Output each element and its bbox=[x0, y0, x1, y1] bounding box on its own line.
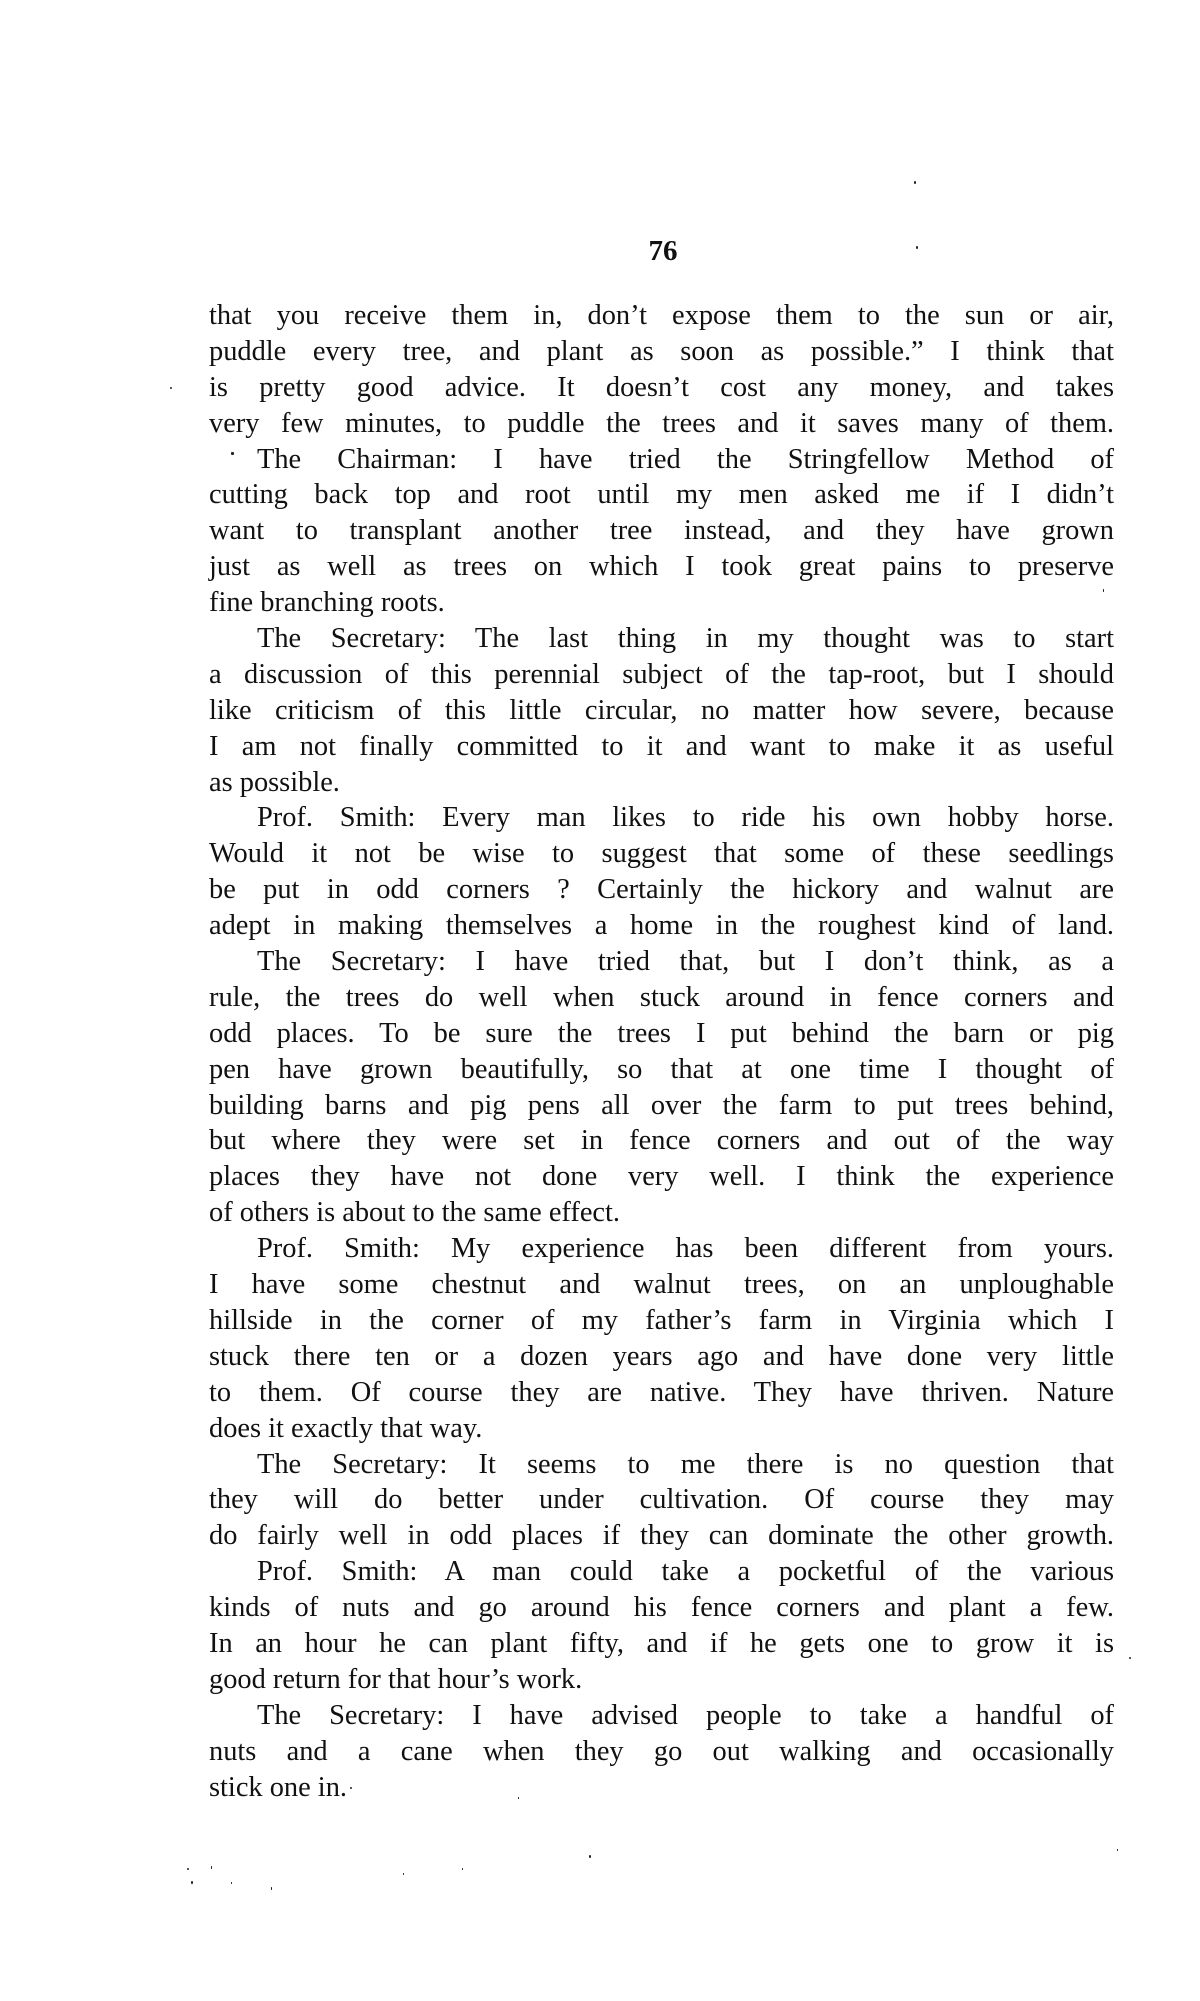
text-line: places they have not done very well. I t… bbox=[209, 1159, 1114, 1195]
scan-speck bbox=[231, 452, 234, 455]
text-line: In an hour he can plant fifty, and if he… bbox=[209, 1626, 1114, 1662]
text-line: do fairly well in odd places if they can… bbox=[209, 1518, 1114, 1554]
scan-speck bbox=[518, 1797, 519, 1799]
paragraph-secretary: The Secretary: I have advised people to … bbox=[209, 1698, 1114, 1806]
text-line: The Secretary: It seems to me there is n… bbox=[209, 1447, 1114, 1483]
text-line: but where they were set in fence corners… bbox=[209, 1123, 1114, 1159]
scan-speck bbox=[462, 1868, 463, 1870]
text-line: The Secretary: The last thing in my thou… bbox=[209, 621, 1114, 657]
text-line: stuck there ten or a dozen years ago and… bbox=[209, 1339, 1114, 1375]
text-line: Would it not be wise to suggest that som… bbox=[209, 836, 1114, 872]
scan-speck bbox=[350, 1787, 352, 1789]
scan-speck bbox=[191, 1881, 193, 1884]
text-line: is pretty good advice. It doesn’t cost a… bbox=[209, 370, 1114, 406]
text-line: The Secretary: I have tried that, but I … bbox=[209, 944, 1114, 980]
text-line: like criticism of this little circular, … bbox=[209, 693, 1114, 729]
text-line: want to transplant another tree instead,… bbox=[209, 513, 1114, 549]
text-line: nuts and a cane when they go out walking… bbox=[209, 1734, 1114, 1770]
text-line: The Chairman: I have tried the Stringfel… bbox=[209, 442, 1114, 478]
paragraph-prof-smith: Prof. Smith: My experience has been diff… bbox=[209, 1231, 1114, 1446]
scan-speck bbox=[1103, 589, 1104, 592]
text-line: of others is about to the same effect. bbox=[209, 1195, 1114, 1231]
text-line: kinds of nuts and go around his fence co… bbox=[209, 1590, 1114, 1626]
scan-speck bbox=[1117, 1849, 1118, 1851]
text-line: cutting back top and root until my men a… bbox=[209, 477, 1114, 513]
text-line: be put in odd corners ? Certainly the hi… bbox=[209, 872, 1114, 908]
text-line: to them. Of course they are native. They… bbox=[209, 1375, 1114, 1411]
text-line: stick one in. bbox=[209, 1770, 1114, 1806]
scan-speck bbox=[271, 1887, 272, 1890]
paragraph-secretary: The Secretary: The last thing in my thou… bbox=[209, 621, 1114, 800]
scan-speck bbox=[211, 1866, 212, 1869]
text-line: building barns and pig pens all over the… bbox=[209, 1088, 1114, 1124]
scan-speck bbox=[231, 1882, 232, 1884]
scan-speck bbox=[1129, 1657, 1131, 1659]
text-line: fine branching roots. bbox=[209, 585, 1114, 621]
text-line: puddle every tree, and plant as soon as … bbox=[209, 334, 1114, 370]
text-line: that you receive them in, don’t expose t… bbox=[209, 298, 1114, 334]
text-line: just as well as trees on which I took gr… bbox=[209, 549, 1114, 585]
text-line: I am not finally committed to it and wan… bbox=[209, 729, 1114, 765]
paragraph-chairman: The Chairman: I have tried the Stringfel… bbox=[209, 442, 1114, 621]
text-line: good return for that hour’s work. bbox=[209, 1662, 1114, 1698]
page-number: 76 bbox=[613, 234, 713, 268]
paragraph-secretary: The Secretary: I have tried that, but I … bbox=[209, 944, 1114, 1231]
scan-speck bbox=[403, 1873, 404, 1875]
text-line: Prof. Smith: My experience has been diff… bbox=[209, 1231, 1114, 1267]
text-line: they will do better under cultivation. O… bbox=[209, 1482, 1114, 1518]
text-line: very few minutes, to puddle the trees an… bbox=[209, 406, 1114, 442]
paragraph-prof-smith: Prof. Smith: A man could take a pocketfu… bbox=[209, 1554, 1114, 1698]
text-line: Prof. Smith: A man could take a pocketfu… bbox=[209, 1554, 1114, 1590]
text-line: pen have grown beautifully, so that at o… bbox=[209, 1052, 1114, 1088]
text-line: I have some chestnut and walnut trees, o… bbox=[209, 1267, 1114, 1303]
paragraph-prof-smith: Prof. Smith: Every man likes to ride his… bbox=[209, 800, 1114, 944]
scan-speck bbox=[187, 1868, 189, 1870]
scan-speck bbox=[170, 387, 172, 389]
text-line: Prof. Smith: Every man likes to ride his… bbox=[209, 800, 1114, 836]
text-line: a discussion of this perennial subject o… bbox=[209, 657, 1114, 693]
paragraph: that you receive them in, don’t expose t… bbox=[209, 298, 1114, 442]
scan-speck bbox=[914, 181, 916, 184]
paragraph-secretary: The Secretary: It seems to me there is n… bbox=[209, 1447, 1114, 1555]
scan-speck bbox=[589, 1855, 591, 1858]
text-line: hillside in the corner of my father’s fa… bbox=[209, 1303, 1114, 1339]
text-line: adept in making themselves a home in the… bbox=[209, 908, 1114, 944]
text-line: rule, the trees do well when stuck aroun… bbox=[209, 980, 1114, 1016]
text-line: does it exactly that way. bbox=[209, 1411, 1114, 1447]
scan-speck bbox=[916, 246, 918, 249]
text-line: The Secretary: I have advised people to … bbox=[209, 1698, 1114, 1734]
body-text: that you receive them in, don’t expose t… bbox=[209, 298, 1114, 1805]
text-line: as possible. bbox=[209, 765, 1114, 801]
text-line: odd places. To be sure the trees I put b… bbox=[209, 1016, 1114, 1052]
